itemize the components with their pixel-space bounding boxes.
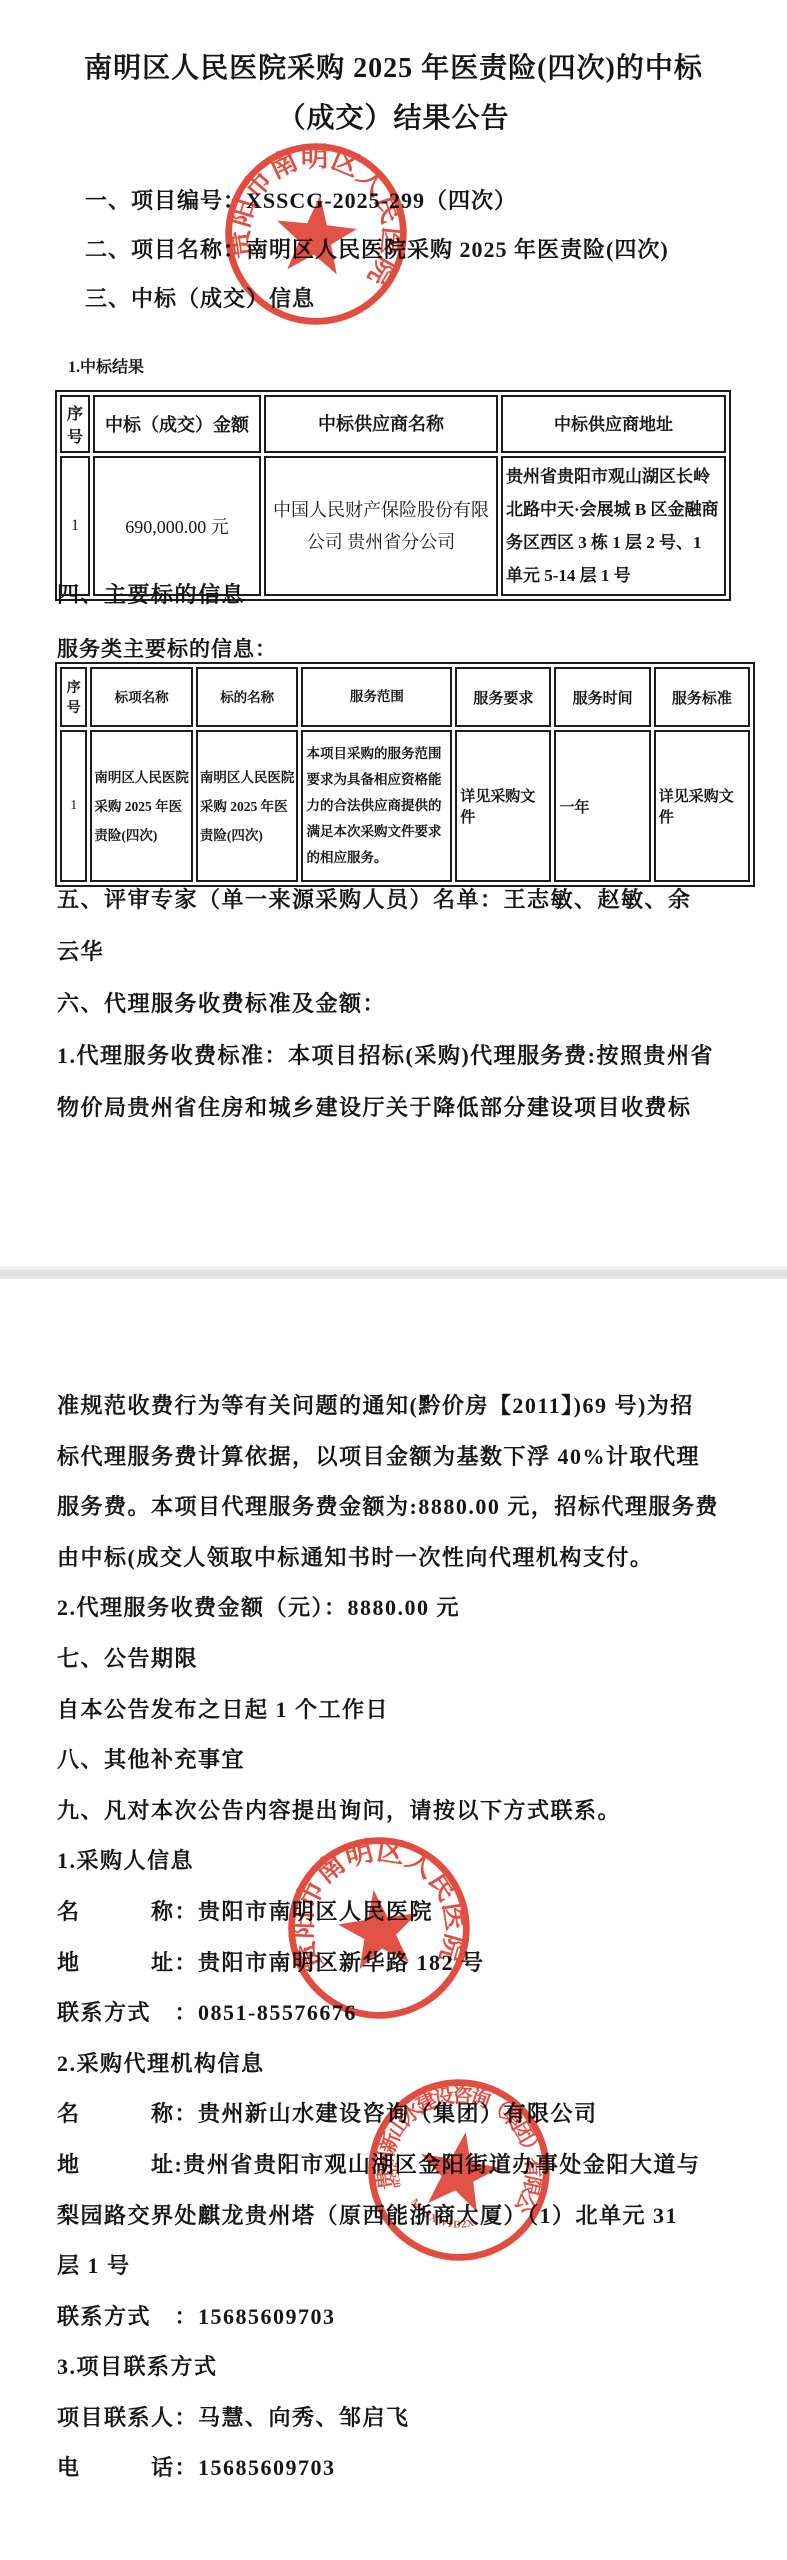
- page-break-separator: [0, 1266, 787, 1279]
- text-line: 五、评审专家（单一来源采购人员）名单：王志敏、赵敏、余: [57, 874, 747, 926]
- header-service-standard: 服务标准: [654, 667, 750, 727]
- project-contact-heading: 3.项目联系方式: [57, 2342, 752, 2393]
- service-subject-note: 服务类主要标的信息：: [57, 633, 277, 663]
- project-contacts: 项目联系人：马慧、向秀、邹启飞: [57, 2393, 752, 2444]
- purchaser-name: 名 称：贵阳市南明区人民医院: [57, 1887, 752, 1938]
- text-line: 六、代理服务收费标准及金额：: [57, 978, 747, 1030]
- scanned-announcement-page: { "title": { "line1": "南明区人民医院采购 2025 年医…: [0, 0, 787, 2560]
- top-sections: 一、项目编号：XSSCG-2025-299（四次） 二、项目名称：南明区人民医院…: [85, 176, 669, 323]
- header-subject-name: 标的名称: [196, 667, 299, 727]
- project-phone: 电 话：15685609703: [57, 2443, 752, 2494]
- cell-seq: 1: [60, 456, 90, 596]
- text-line: 准规范收费行为等有关问题的通知(黔价房【2011】)69 号)为招: [57, 1381, 752, 1432]
- cell-amount: 690,000.00 元: [93, 456, 261, 596]
- section-project-name: 二、项目名称：南明区人民医院采购 2025 年医责险(四次): [85, 225, 669, 274]
- section-contact-intro: 九、凡对本次公告内容提出询问，请按以下方式联系。: [57, 1786, 752, 1837]
- text-line: 服务费。本项目代理服务费金额为:8880.00 元，招标代理服务费: [57, 1482, 752, 1533]
- text-line: 物价局贵州省住房和城乡建设厅关于降低部分建设项目收费标: [57, 1082, 747, 1134]
- agency-address-line2: 梨园路交界处麒龙贵州塔（原西能浙商大厦）（1）北单元 31: [57, 2191, 752, 2242]
- purchaser-phone: 联系方式 ：0851-85576676: [57, 1988, 752, 2039]
- text-line: 由中标(成交人领取中标通知书时一次性向代理机构支付。: [57, 1533, 752, 1584]
- text-line: 云华: [57, 926, 747, 978]
- header-seq: 序号: [60, 667, 87, 727]
- page-title: 南明区人民医院采购 2025 年医责险(四次)的中标 （成交）结果公告: [0, 44, 787, 144]
- cell-subject-name: 南明区人民医院采购 2025 年医责险(四次): [196, 730, 299, 882]
- text-line: 1.代理服务收费标准：本项目招标(采购)代理服务费:按照贵州省: [57, 1030, 747, 1082]
- header-supplier-address: 中标供应商地址: [501, 395, 726, 453]
- text-line: 2.代理服务收费金额（元）：8880.00 元: [57, 1583, 752, 1634]
- section-project-number: 一、项目编号：XSSCG-2025-299（四次）: [85, 176, 669, 225]
- table-header-row: 序号 中标（成交）金额 中标供应商名称 中标供应商地址: [60, 395, 726, 453]
- header-service-scope: 服务范围: [301, 667, 452, 727]
- page-title-line1: 南明区人民医院采购 2025 年医责险(四次)的中标: [0, 44, 787, 94]
- cell-service-standard: 详见采购文件: [654, 730, 750, 882]
- section-other-matters: 八、其他补充事宜: [57, 1735, 752, 1786]
- page-title-line2: （成交）结果公告: [0, 94, 787, 144]
- header-seq: 序号: [60, 395, 90, 453]
- cell-service-scope: 本项目采购的服务范围要求为具备相应资格能力的合法供应商提供的满足本次采购文件要求…: [301, 730, 452, 882]
- page2-paragraphs: 准规范收费行为等有关问题的通知(黔价房【2011】)69 号)为招 标代理服务费…: [57, 1381, 752, 2494]
- section-subject-info: 四、主要标的信息: [57, 578, 245, 609]
- agency-info-heading: 2.采购代理机构信息: [57, 2039, 752, 2090]
- award-result-subheading: 1.中标结果: [68, 354, 144, 377]
- cell-service-requirement: 详见采购文件: [455, 730, 551, 882]
- cell-item-name: 南明区人民医院采购 2025 年医责险(四次): [90, 730, 193, 882]
- section-notice-period: 七、公告期限: [57, 1634, 752, 1685]
- purchaser-info-heading: 1.采购人信息: [57, 1836, 752, 1887]
- header-supplier-name: 中标供应商名称: [264, 395, 498, 453]
- agency-name: 名 称：贵州新山水建设咨询（集团）有限公司: [57, 2089, 752, 2140]
- table-row: 1 南明区人民医院采购 2025 年医责险(四次) 南明区人民医院采购 2025…: [60, 730, 750, 882]
- cell-supplier-name: 中国人民财产保险股份有限公司 贵州省分公司: [264, 456, 498, 596]
- text-line: 自本公告发布之日起 1 个工作日: [57, 1685, 752, 1736]
- header-service-time: 服务时间: [554, 667, 650, 727]
- service-subject-table: 序号 标项名称 标的名称 服务范围 服务要求 服务时间 服务标准 1 南明区人民…: [55, 662, 755, 887]
- header-service-requirement: 服务要求: [455, 667, 551, 727]
- purchaser-address: 地 址：贵阳市南明区新华路 182 号: [57, 1938, 752, 1989]
- table-header-row: 序号 标项名称 标的名称 服务范围 服务要求 服务时间 服务标准: [60, 667, 750, 727]
- award-result-table: 序号 中标（成交）金额 中标供应商名称 中标供应商地址 1 690,000.00…: [55, 390, 731, 601]
- table-row: 1 690,000.00 元 中国人民财产保险股份有限公司 贵州省分公司 贵州省…: [60, 456, 726, 596]
- header-amount: 中标（成交）金额: [93, 395, 261, 453]
- cell-service-time: 一年: [554, 730, 650, 882]
- page1-bottom-paragraphs: 五、评审专家（单一来源采购人员）名单：王志敏、赵敏、余 云华 六、代理服务收费标…: [57, 874, 747, 1134]
- header-item-name: 标项名称: [90, 667, 193, 727]
- agency-address-line3: 层 1 号: [57, 2241, 752, 2292]
- cell-seq: 1: [60, 730, 87, 882]
- cell-supplier-address: 贵州省贵阳市观山湖区长岭北路中天·会展城 B 区金融商务区西区 3 栋 1 层 …: [501, 456, 726, 596]
- agency-address-line1: 地 址:贵州省贵阳市观山湖区金阳街道办事处金阳大道与: [57, 2140, 752, 2191]
- section-award-info: 三、中标（成交）信息: [85, 274, 669, 323]
- agency-phone: 联系方式 ：15685609703: [57, 2292, 752, 2343]
- text-line: 标代理服务费计算依据，以项目金额为基数下浮 40%计取代理: [57, 1432, 752, 1483]
